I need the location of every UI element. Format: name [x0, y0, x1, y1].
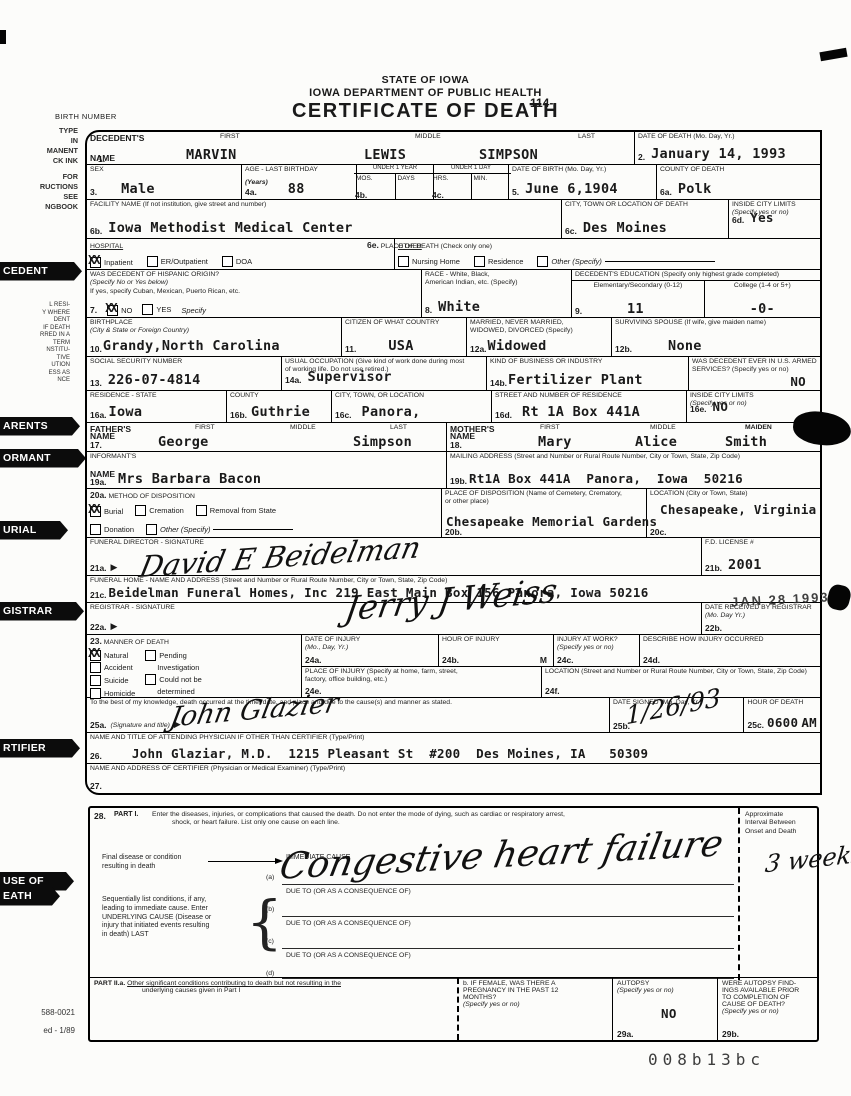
field-industry: KIND OF BUSINESS OR INDUSTRY 14b.Fertili…	[487, 357, 689, 390]
accident-checkbox	[90, 662, 101, 673]
field-marital-status: MARRIED, NEVER MARRIED, WIDOWED, DIVORCE…	[467, 318, 612, 356]
cause-line-a	[282, 884, 734, 885]
field-city-of-death: CITY, TOWN OR LOCATION OF DEATH 6c.Des M…	[562, 200, 729, 238]
death-certificate-page: STATE OF IOWA IOWA DEPARTMENT OF PUBLIC …	[0, 0, 851, 1096]
field-occupation: USUAL OCCUPATION (Give kind of work done…	[282, 357, 487, 390]
inpatient-checked-mark: XX	[88, 253, 98, 267]
doa-checkbox	[222, 256, 233, 267]
pending-checkbox	[145, 650, 156, 661]
form-code: 588-0021	[5, 1008, 75, 1017]
tab-informant: ORMANT	[0, 449, 86, 468]
field-manner-of-death: 23. MANNER OF DEATH XXNatural Accident S…	[87, 635, 302, 697]
scan-mark-left-edge	[0, 30, 6, 44]
tab-registrar: GISTRAR	[0, 602, 84, 621]
donation-checkbox	[90, 524, 101, 535]
other-checkbox	[537, 256, 548, 267]
field-decedent-name: DECEDENT'S FIRST MIDDLE LAST NAME MARVIN…	[87, 132, 635, 164]
field-surviving-spouse: SURVIVING SPOUSE (If wife, give maiden n…	[612, 318, 820, 356]
field-certifier: NAME AND ADDRESS OF CERTIFIER (Physician…	[87, 764, 820, 793]
burial-checked-mark: XX	[88, 502, 98, 516]
margin-residence-note: L RESI-Y WHERE DENTIF DEATH RRED IN ATER…	[0, 302, 70, 385]
field-place-of-disposition: PLACE OF DISPOSITION (Name of Cemetery, …	[442, 489, 647, 537]
part1-instruction: Enter the diseases, injuries, or complic…	[152, 811, 712, 828]
document-title: CERTIFICATE OF DEATH	[0, 100, 851, 123]
brace: {	[246, 888, 283, 956]
field-attending-physician: NAME AND TITLE OF ATTENDING PHYSICIAN IF…	[87, 733, 820, 763]
department-title: IOWA DEPARTMENT OF PUBLIC HEALTH	[0, 87, 851, 99]
field-residence-city: CITY, TOWN, OR LOCATION 16c.Panora,	[332, 391, 492, 422]
signature-arrow: ▶	[111, 562, 118, 573]
signature-arrow: ▶	[111, 621, 118, 632]
place-of-death-header: 6e. PLACE OF DEATH (Check only one)	[367, 240, 492, 251]
field-father-name: FATHER'S FIRST MIDDLE LAST NAME 17. Geor…	[87, 423, 447, 451]
er-checkbox	[147, 256, 158, 267]
form-revision: ed - 1/89	[5, 1026, 75, 1035]
field-autopsy-findings: WERE AUTOPSY FIND-INGS AVAILABLE PRIOR T…	[717, 978, 817, 1040]
document-header: STATE OF IOWA IOWA DEPARTMENT OF PUBLIC …	[0, 74, 851, 123]
interval-divider	[738, 808, 740, 980]
cremation-checkbox	[135, 505, 146, 516]
tab-cause-of-death-2: EATH	[0, 887, 60, 906]
tab-burial: URIAL	[0, 521, 68, 540]
field-residence-state: RESIDENCE - STATE 16a.Iowa	[87, 391, 227, 422]
scan-mark-top-right	[819, 48, 847, 62]
field-age: AGE - LAST BIRTHDAY (Years)4a.88	[242, 165, 357, 199]
field-hispanic-origin: WAS DECEDENT OF HISPANIC ORIGIN? (Specif…	[87, 270, 422, 317]
cause-line-b	[282, 916, 734, 917]
natural-checked-mark: XX	[88, 646, 98, 660]
field-residence-street: STREET AND NUMBER OF RESIDENCE 16d.Rt 1A…	[492, 391, 687, 422]
hispanic-no-checked-mark: XX	[105, 301, 115, 315]
field-autopsy: AUTOPSY (Specify yes or no) NO 29a.	[612, 978, 717, 1040]
tab-parents: ARENTS	[0, 417, 80, 436]
form-number: 114-	[530, 96, 553, 110]
field-birthplace: BIRTHPLACE (City & State or Foreign Coun…	[87, 318, 342, 356]
field-pregnancy: b. IF FEMALE, WAS THERE A PREGNANCY IN T…	[457, 978, 612, 1040]
field-method-of-disposition: 20a. METHOD OF DISPOSITION XXBurial Crem…	[87, 489, 442, 537]
field-facility-name: FACILITY NAME (If not institution, give …	[87, 200, 562, 238]
residence-checkbox	[474, 256, 485, 267]
field-location-of-disposition: LOCATION (City or Town, State) Chesapeak…	[647, 489, 820, 537]
field-informant: INFORMANT'S NAME 19a. Mrs Barbara Bacon	[87, 452, 447, 488]
suicide-checkbox	[90, 675, 101, 686]
field-date-of-injury: DATE OF INJURY (Mo., Day, Yr.) 24a.	[302, 635, 439, 666]
disposition-other-checkbox	[146, 524, 157, 535]
field-race: RACE - White, Black, American Indian, et…	[422, 270, 572, 317]
field-hour-of-death: HOUR OF DEATH 25c.0600AM	[744, 698, 820, 732]
cause-line-c	[282, 948, 734, 949]
field-place-of-death-hospital: HOSPITAL XXInpatient ER/Outpatient DOA	[87, 239, 395, 269]
field-county-of-death: COUNTY OF DEATH 6a.Polk	[657, 165, 820, 199]
tab-decedent: CEDENT	[0, 262, 82, 281]
removal-checkbox	[196, 505, 207, 516]
document-control-number: 008b13bc	[648, 1050, 765, 1069]
part2-conditions: PART II.a. Other significant conditions …	[90, 978, 457, 1040]
state-title: STATE OF IOWA	[0, 74, 851, 86]
field-sex: SEX 3.Male	[87, 165, 242, 199]
field-mailing-address: MAILING ADDRESS (Street and Number or Ru…	[447, 452, 820, 488]
nursing-home-checkbox	[398, 256, 409, 267]
field-inside-city-limits-death: INSIDE CITY LIMITS (Specify yes or no) 6…	[729, 200, 820, 238]
field-education: DECEDENT'S EDUCATION (Specify only highe…	[572, 270, 820, 317]
hispanic-yes-checkbox	[142, 304, 153, 315]
tab-certifier: RTIFIER	[0, 739, 80, 758]
part2-row: PART II.a. Other significant conditions …	[90, 977, 817, 1040]
interval-header: ApproximateInterval BetweenOnset and Dea…	[745, 811, 811, 836]
field-armed-services: WAS DECEDENT EVER IN U.S. ARMED SERVICES…	[689, 357, 820, 390]
field-describe-injury: DESCRIBE HOW INJURY OCCURRED 24d.	[640, 635, 820, 666]
ink-blot-right-edge	[825, 583, 851, 613]
field-date-of-birth: DATE OF BIRTH (Mo. Day, Yr.) 5.June 6,19…	[509, 165, 657, 199]
final-disease-arrow	[208, 861, 276, 862]
margin-type-ink-note: TYPEIN MANENTCK INK FORRUCTIONS SEENGBOO…	[0, 126, 78, 212]
field-under-1-year: UNDER 1 YEAR MOS.4b. DAYS	[357, 165, 434, 199]
field-certification-signature: To the best of my knowledge, death occur…	[87, 698, 610, 732]
birth-number-label: BIRTH NUMBER	[55, 112, 117, 121]
field-injury-at-work: INJURY AT WORK? (Specify yes or no) 24c.	[554, 635, 640, 666]
field-ssn: SOCIAL SECURITY NUMBER 13.226-07-4814	[87, 357, 282, 390]
field-hour-of-injury: HOUR OF INJURY 24b. M	[439, 635, 554, 666]
field-residence-county: COUNTY 16b.Guthrie	[227, 391, 332, 422]
field-mother-name: MOTHER'S FIRST MIDDLE MAIDEN NAME 18. Ma…	[447, 423, 820, 451]
undetermined-checkbox	[145, 674, 156, 685]
field-date-of-death: DATE OF DEATH (Mo. Day, Yr.) 2.January 1…	[635, 132, 820, 164]
sequential-note: Sequentially list conditions, if any,lea…	[102, 896, 232, 940]
final-disease-note: Final disease or conditionresulting in d…	[102, 854, 214, 872]
field-under-1-day: UNDER 1 DAY HRS.4c. MIN.	[434, 165, 509, 199]
field-citizen: CITIZEN OF WHAT COUNTRY 11.USA	[342, 318, 467, 356]
field-fd-license: F.D. LICENSE # 21b.2001	[702, 538, 820, 575]
